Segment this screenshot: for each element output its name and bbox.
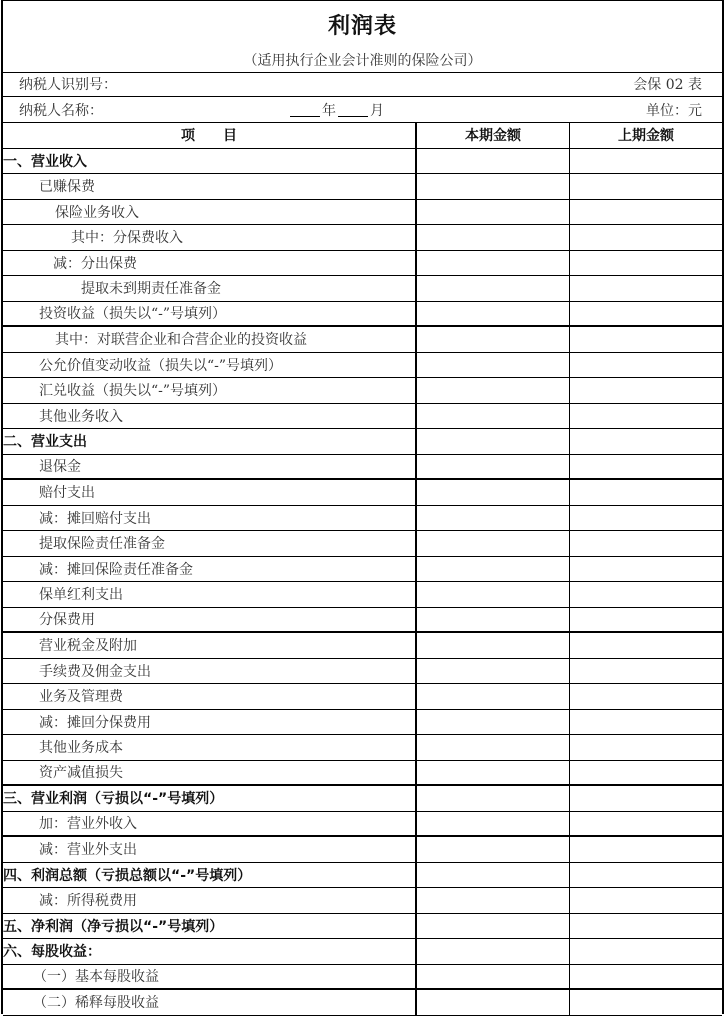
year-input[interactable] — [290, 102, 320, 117]
row-item-label: 加：营业外收入 — [3, 812, 417, 836]
row-item-label: 减：分出保费 — [3, 251, 417, 276]
row-item-label: 营业税金及附加 — [3, 633, 417, 658]
table-row: 其中：对联营企业和合营企业的投资收益 — [3, 327, 722, 353]
table-row: 业务及管理费 — [3, 684, 722, 710]
title-row: 利润表 — [3, 1, 722, 47]
table-row: 三、营业利润（亏损以“-”号填列） — [3, 786, 722, 812]
table-row: 减：摊回赔付支出 — [3, 506, 722, 532]
month-input[interactable] — [338, 102, 368, 117]
current-amount-cell[interactable] — [417, 888, 570, 913]
current-amount-cell[interactable] — [417, 378, 570, 403]
table-row: 加：营业外收入 — [3, 812, 722, 838]
current-amount-cell[interactable] — [417, 557, 570, 582]
table-row: 投资收益（损失以“-”号填列） — [3, 302, 722, 328]
row-item-label: 其中：对联营企业和合营企业的投资收益 — [3, 327, 417, 352]
current-amount-cell[interactable] — [417, 302, 570, 326]
table-row: 其他业务成本 — [3, 735, 722, 761]
current-amount-cell[interactable] — [417, 353, 570, 378]
current-amount-cell[interactable] — [417, 480, 570, 505]
previous-amount-cell[interactable] — [570, 455, 722, 479]
previous-amount-cell[interactable] — [570, 378, 722, 403]
current-amount-cell[interactable] — [417, 684, 570, 709]
year-label: 年 — [322, 100, 336, 120]
subtitle: （适用执行企业会计准则的保险公司） — [244, 50, 482, 70]
current-amount-cell[interactable] — [417, 174, 570, 199]
table-row: 已赚保费 — [3, 174, 722, 200]
current-amount-cell[interactable] — [417, 276, 570, 301]
table-row: 其他业务收入 — [3, 404, 722, 430]
row-item-label: 二、营业支出 — [3, 429, 417, 454]
current-amount-cell[interactable] — [417, 633, 570, 658]
column-header-current: 本期金额 — [417, 123, 570, 148]
table-row: 减：摊回保险责任准备金 — [3, 557, 722, 583]
previous-amount-cell[interactable] — [570, 939, 722, 964]
table-row: 一、营业收入 — [3, 149, 722, 175]
table-row: （二）稀释每股收益 — [3, 990, 722, 1016]
row-item-label: 保险业务收入 — [3, 200, 417, 225]
row-item-label: 保单红利支出 — [3, 582, 417, 607]
taxpayer-id-row: 纳税人识别号： 会保 02 表 — [3, 72, 722, 97]
table-row: 减：营业外支出 — [3, 837, 722, 863]
previous-amount-cell[interactable] — [570, 506, 722, 531]
row-item-label: 减：摊回分保费用 — [3, 710, 417, 735]
page-title: 利润表 — [328, 9, 397, 40]
previous-amount-cell[interactable] — [570, 837, 722, 862]
subtitle-row: （适用执行企业会计准则的保险公司） — [3, 47, 722, 73]
row-item-label: 其他业务收入 — [3, 404, 417, 429]
table-row: 四、利润总额（亏损总额以“-”号填列） — [3, 863, 722, 889]
current-amount-cell[interactable] — [417, 863, 570, 888]
previous-amount-cell[interactable] — [570, 659, 722, 684]
previous-amount-cell[interactable] — [570, 480, 722, 505]
row-item-label: 四、利润总额（亏损总额以“-”号填列） — [3, 863, 417, 888]
current-amount-cell[interactable] — [417, 914, 570, 939]
previous-amount-cell[interactable] — [570, 786, 722, 811]
previous-amount-cell[interactable] — [570, 710, 722, 735]
column-header-previous: 上期金额 — [570, 123, 722, 148]
previous-amount-cell[interactable] — [570, 888, 722, 913]
table-row: 赔付支出 — [3, 480, 722, 506]
previous-amount-cell[interactable] — [570, 302, 722, 326]
table-row: 提取未到期责任准备金 — [3, 276, 722, 302]
table-row: 减：所得税费用 — [3, 888, 722, 914]
row-item-label: 三、营业利润（亏损以“-”号填列） — [3, 786, 417, 811]
table-row: 营业税金及附加 — [3, 633, 722, 659]
taxpayer-id-label: 纳税人识别号： — [19, 74, 117, 94]
table-row: 减：摊回分保费用 — [3, 710, 722, 736]
previous-amount-cell[interactable] — [570, 684, 722, 709]
table-row: 二、营业支出 — [3, 429, 722, 455]
row-item-label: 公允价值变动收益（损失以“-”号填列） — [3, 353, 417, 378]
previous-amount-cell[interactable] — [570, 225, 722, 250]
form-code: 会保 02 表 — [633, 74, 702, 94]
previous-amount-cell[interactable] — [570, 863, 722, 888]
previous-amount-cell[interactable] — [570, 353, 722, 378]
table-row: （一）基本每股收益 — [3, 965, 722, 991]
current-amount-cell[interactable] — [417, 812, 570, 836]
row-item-label: 减：摊回保险责任准备金 — [3, 557, 417, 582]
previous-amount-cell[interactable] — [570, 174, 722, 199]
current-amount-cell[interactable] — [417, 608, 570, 632]
previous-amount-cell[interactable] — [570, 429, 722, 454]
previous-amount-cell[interactable] — [570, 990, 722, 1015]
row-item-label: 手续费及佣金支出 — [3, 659, 417, 684]
table-row: 六、每股收益： — [3, 939, 722, 965]
row-item-label: 五、净利润（净亏损以“-”号填列） — [3, 914, 417, 939]
row-item-label: 六、每股收益： — [3, 939, 417, 964]
current-amount-cell[interactable] — [417, 149, 570, 174]
previous-amount-cell[interactable] — [570, 914, 722, 939]
unit-label: 单位：元 — [646, 100, 702, 120]
table-row: 汇兑收益（损失以“-”号填列） — [3, 378, 722, 404]
row-item-label: 提取保险责任准备金 — [3, 531, 417, 556]
table-row: 资产减值损失 — [3, 761, 722, 787]
previous-amount-cell[interactable] — [570, 276, 722, 301]
current-amount-cell[interactable] — [417, 582, 570, 607]
row-item-label: 分保费用 — [3, 608, 417, 632]
current-amount-cell[interactable] — [417, 531, 570, 556]
income-table: 项 目 本期金额 上期金额 一、营业收入已赚保费保险业务收入其中：分保费收入减：… — [3, 123, 722, 1016]
row-item-label: 资产减值损失 — [3, 761, 417, 785]
table-row: 手续费及佣金支出 — [3, 659, 722, 685]
current-amount-cell[interactable] — [417, 786, 570, 811]
previous-amount-cell[interactable] — [570, 327, 722, 352]
row-item-label: （一）基本每股收益 — [3, 965, 417, 989]
current-amount-cell[interactable] — [417, 200, 570, 225]
taxpayer-name-row: 纳税人名称： 年 月 单位：元 — [3, 97, 722, 123]
table-row: 五、净利润（净亏损以“-”号填列） — [3, 914, 722, 940]
current-amount-cell[interactable] — [417, 761, 570, 785]
table-row: 退保金 — [3, 455, 722, 481]
table-row: 保险业务收入 — [3, 200, 722, 226]
previous-amount-cell[interactable] — [570, 149, 722, 174]
current-amount-cell[interactable] — [417, 837, 570, 862]
table-row: 提取保险责任准备金 — [3, 531, 722, 557]
period-field: 年 月 — [288, 100, 384, 120]
row-item-label: 汇兑收益（损失以“-”号填列） — [3, 378, 417, 403]
table-row: 保单红利支出 — [3, 582, 722, 608]
row-item-label: 减：所得税费用 — [3, 888, 417, 913]
current-amount-cell[interactable] — [417, 965, 570, 989]
previous-amount-cell[interactable] — [570, 200, 722, 225]
current-amount-cell[interactable] — [417, 939, 570, 964]
previous-amount-cell[interactable] — [570, 557, 722, 582]
row-item-label: 已赚保费 — [3, 174, 417, 199]
row-item-label: 业务及管理费 — [3, 684, 417, 709]
table-row: 减：分出保费 — [3, 251, 722, 277]
row-item-label: 减：摊回赔付支出 — [3, 506, 417, 531]
taxpayer-name-label: 纳税人名称： — [19, 100, 103, 120]
previous-amount-cell[interactable] — [570, 965, 722, 989]
previous-amount-cell[interactable] — [570, 531, 722, 556]
row-item-label: 其他业务成本 — [3, 735, 417, 760]
current-amount-cell[interactable] — [417, 225, 570, 250]
previous-amount-cell[interactable] — [570, 735, 722, 760]
row-item-label: 赔付支出 — [3, 480, 417, 505]
previous-amount-cell[interactable] — [570, 404, 722, 429]
current-amount-cell[interactable] — [417, 404, 570, 429]
income-statement-sheet: 利润表 （适用执行企业会计准则的保险公司） 纳税人识别号： 会保 02 表 纳税… — [1, 0, 724, 1014]
table-header-row: 项 目 本期金额 上期金额 — [3, 123, 722, 149]
previous-amount-cell[interactable] — [570, 608, 722, 632]
row-item-label: （二）稀释每股收益 — [3, 990, 417, 1015]
current-amount-cell[interactable] — [417, 710, 570, 735]
previous-amount-cell[interactable] — [570, 761, 722, 785]
column-header-item: 项 目 — [3, 123, 417, 148]
table-row: 其中：分保费收入 — [3, 225, 722, 251]
table-row: 分保费用 — [3, 608, 722, 634]
row-item-label: 一、营业收入 — [3, 149, 417, 174]
row-item-label: 其中：分保费收入 — [3, 225, 417, 250]
current-amount-cell[interactable] — [417, 735, 570, 760]
current-amount-cell[interactable] — [417, 429, 570, 454]
row-item-label: 减：营业外支出 — [3, 837, 417, 862]
row-item-label: 投资收益（损失以“-”号填列） — [3, 302, 417, 326]
current-amount-cell[interactable] — [417, 327, 570, 352]
current-amount-cell[interactable] — [417, 659, 570, 684]
current-amount-cell[interactable] — [417, 990, 570, 1015]
previous-amount-cell[interactable] — [570, 251, 722, 276]
current-amount-cell[interactable] — [417, 251, 570, 276]
previous-amount-cell[interactable] — [570, 582, 722, 607]
current-amount-cell[interactable] — [417, 455, 570, 479]
row-item-label: 提取未到期责任准备金 — [3, 276, 417, 301]
previous-amount-cell[interactable] — [570, 812, 722, 836]
row-item-label: 退保金 — [3, 455, 417, 479]
previous-amount-cell[interactable] — [570, 633, 722, 658]
current-amount-cell[interactable] — [417, 506, 570, 531]
month-label: 月 — [370, 100, 384, 120]
table-row: 公允价值变动收益（损失以“-”号填列） — [3, 353, 722, 379]
